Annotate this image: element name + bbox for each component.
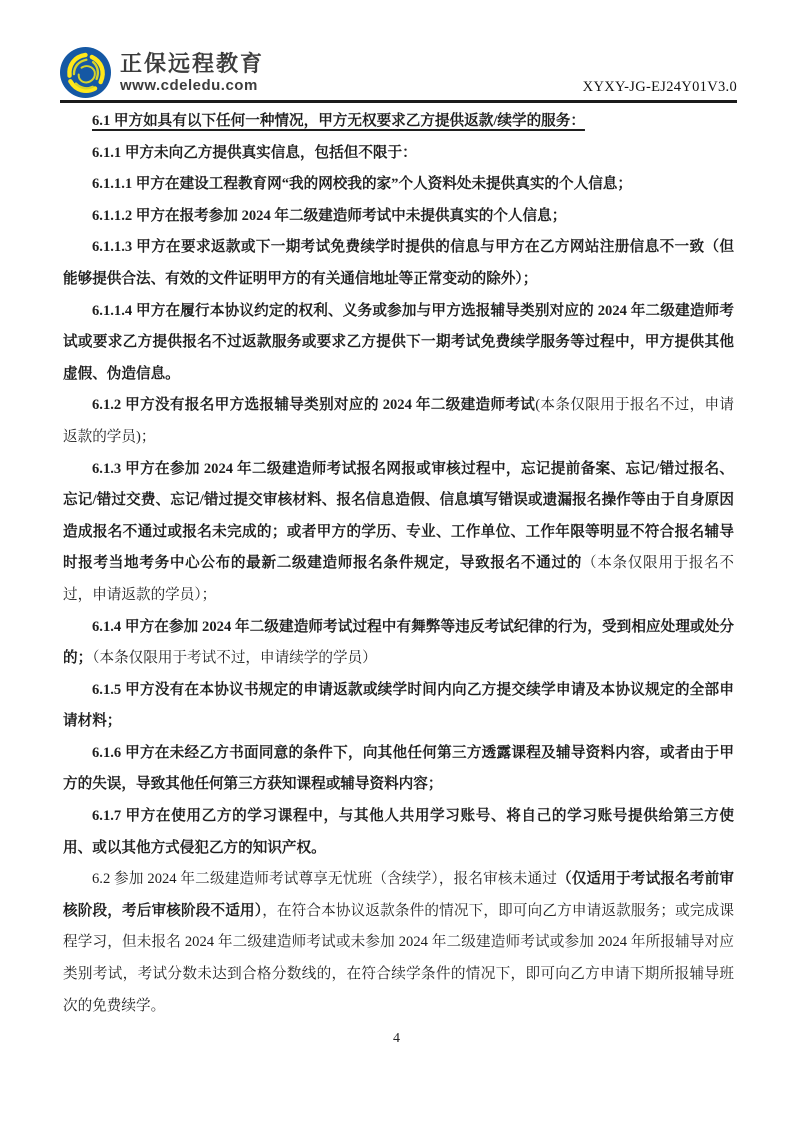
text-segment: 6.1.6 甲方在未经乙方书面同意的条件下，向其他任何第三方透露课程及辅导资料内… [63,745,734,793]
paragraph-6-1-6: 6.1.6 甲方在未经乙方书面同意的条件下，向其他任何第三方透露课程及辅导资料内… [63,738,734,801]
brand-name: 正保远程教育 [120,51,264,77]
text-segment: 6.1.7 甲方在使用乙方的学习课程中，与其他人共用学习账号、将自己的学习账号提… [63,808,734,856]
page-number: 4 [0,1031,793,1047]
paragraph-6-2: 6.2 参加 2024 年二级建造师考试尊享无忧班（含续学），报名审核未通过（仅… [63,864,734,1022]
document-body: 6.1 甲方如具有以下任何一种情况，甲方无权要求乙方提供返款/续学的服务：6.1… [63,106,734,1022]
text-segment: 6.1.2 甲方没有报名甲方选报辅导类别对应的 2024 年二级建造师考试 [92,397,535,413]
text-segment: 6.1.1 甲方未向乙方提供真实信息，包括但不限于： [92,145,417,161]
paragraph-6-1-2: 6.1.2 甲方没有报名甲方选报辅导类别对应的 2024 年二级建造师考试(本条… [63,390,734,453]
text-segment: 6.1.1.3 甲方在要求返款或下一期考试免费续学时提供的信息与甲方在乙方网站注… [63,239,734,287]
text-segment: 6.1.5 甲方没有在本协议书规定的申请返款或续学时间内向乙方提交续学申请及本协… [63,682,734,730]
brand-text: 正保远程教育 www.cdeledu.com [120,51,264,95]
contract-page: 正保远程教育 www.cdeledu.com XYXY-JG-EJ24Y01V3… [0,0,793,1121]
paragraph-6-1-1-3: 6.1.1.3 甲方在要求返款或下一期考试免费续学时提供的信息与甲方在乙方网站注… [63,232,734,295]
text-segment: 6.1.1.2 甲方在报考参加 2024 年二级建造师考试中未提供真实的个人信息… [92,208,566,224]
brand-url: www.cdeledu.com [120,77,264,95]
paragraph-6-1-5: 6.1.5 甲方没有在本协议书规定的申请返款或续学时间内向乙方提交续学申请及本协… [63,675,734,738]
document-code: XYXY-JG-EJ24Y01V3.0 [583,79,737,95]
paragraph-6-1-3: 6.1.3 甲方在参加 2024 年二级建造师考试报名网报或审核过程中，忘记提前… [63,454,734,612]
text-segment: 6.1.1.1 甲方在建设工程教育网“我的网校我的家”个人资料处未提供真实的个人… [92,176,632,192]
brand-logo: 正保远程教育 www.cdeledu.com [60,47,264,98]
paragraph-6-1-4: 6.1.4 甲方在参加 2024 年二级建造师考试过程中有舞弊等违反考试纪律的行… [63,612,734,675]
text-segment: 6.2 参加 2024 年二级建造师考试尊享无忧班（含续学），报名审核未通过 [92,871,557,887]
text-segment: ，在符合本协议返款条件的情况下，即可向乙方申请返款服务；或完成课程学习，但未报名… [63,903,734,1014]
paragraph-6-1-7: 6.1.7 甲方在使用乙方的学习课程中，与其他人共用学习账号、将自己的学习账号提… [63,801,734,864]
text-segment: 6.1.1.4 甲方在履行本协议约定的权利、义务或参加与甲方选报辅导类别对应的 … [63,303,734,382]
swirl-globe-icon [60,47,111,98]
text-segment: （本条仅限用于考试不过，申请续学的学员） [92,650,377,666]
paragraph-6-1-1: 6.1.1 甲方未向乙方提供真实信息，包括但不限于： [63,138,734,170]
paragraph-6-1-1-1: 6.1.1.1 甲方在建设工程教育网“我的网校我的家”个人资料处未提供真实的个人… [63,169,734,201]
text-segment: 6.1 甲方如具有以下任何一种情况，甲方无权要求乙方提供返款/续学的服务： [92,113,585,129]
paragraph-6-1-1-2: 6.1.1.2 甲方在报考参加 2024 年二级建造师考试中未提供真实的个人信息… [63,201,734,233]
paragraph-6-1-1-4: 6.1.1.4 甲方在履行本协议约定的权利、义务或参加与甲方选报辅导类别对应的 … [63,296,734,391]
paragraph-6-1: 6.1 甲方如具有以下任何一种情况，甲方无权要求乙方提供返款/续学的服务： [63,106,734,138]
page-header: 正保远程教育 www.cdeledu.com XYXY-JG-EJ24Y01V3… [60,0,737,103]
